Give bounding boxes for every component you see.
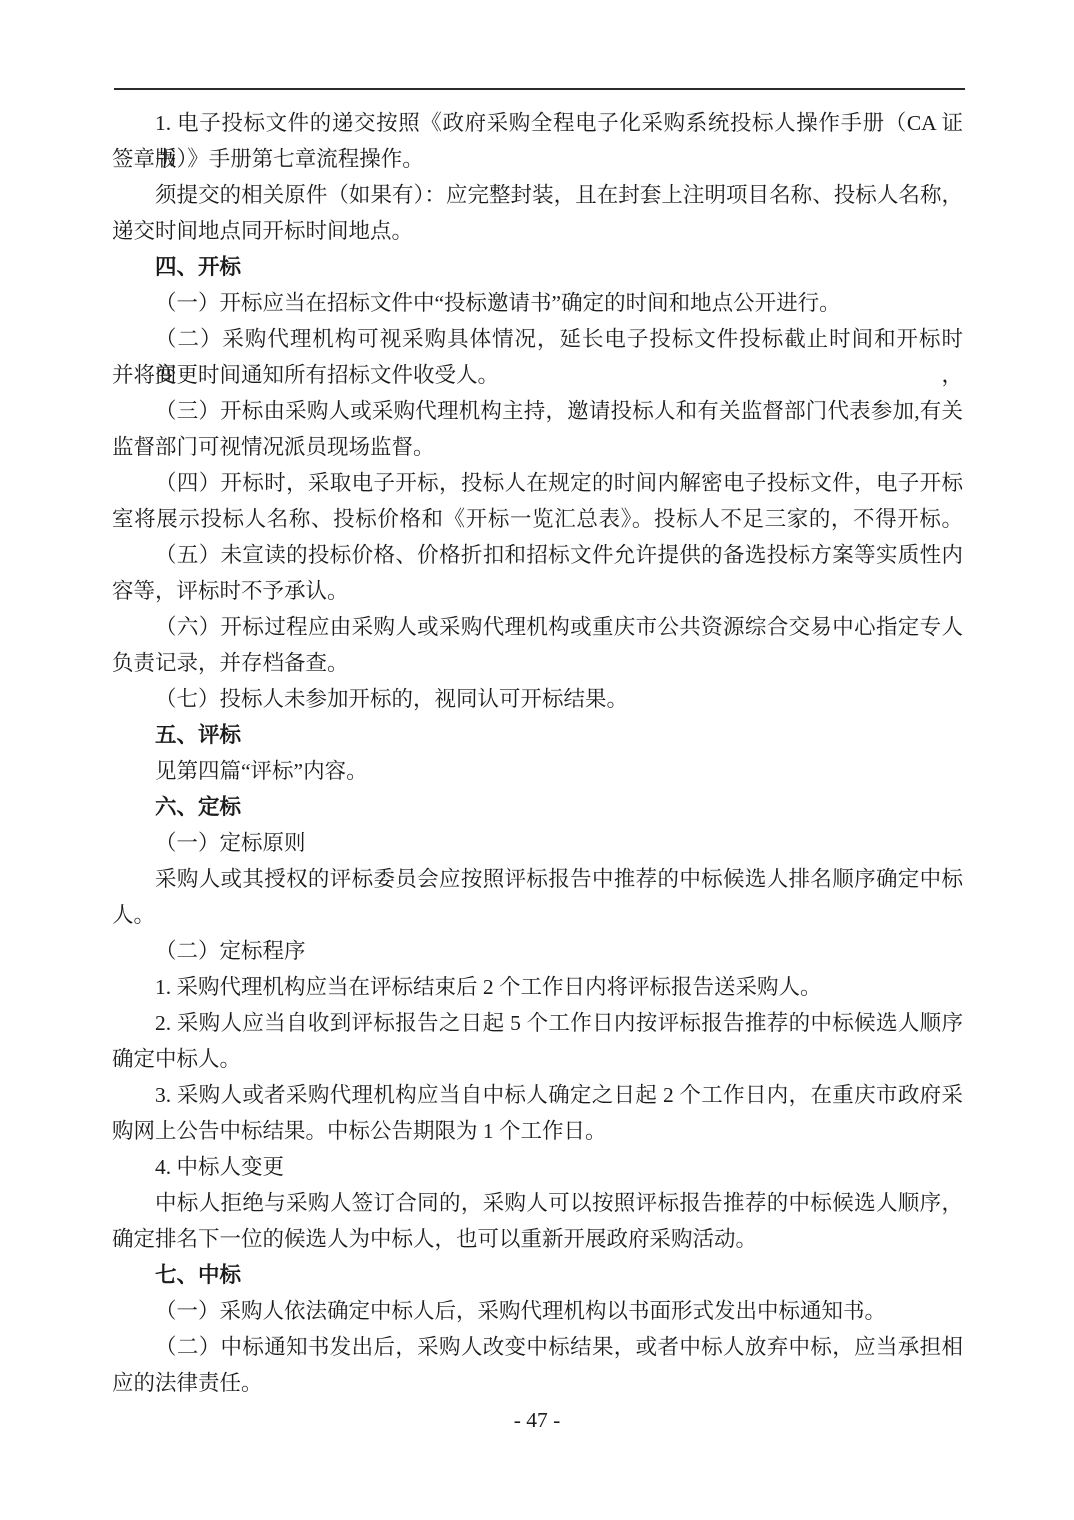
text-line: 购网上公告中标结果。中标公告期限为 1 个工作日。 [112, 1113, 963, 1149]
text-line: 负责记录，并存档备查。 [112, 645, 963, 681]
text-line: （七）投标人未参加开标的，视同认可开标结果。 [112, 681, 963, 717]
text-line: 确定排名下一位的候选人为中标人，也可以重新开展政府采购活动。 [112, 1221, 963, 1257]
text-line: （六）开标过程应由采购人或采购代理机构或重庆市公共资源综合交易中心指定专人 [112, 609, 963, 645]
document-body: 1. 电子投标文件的递交按照《政府采购全程电子化采购系统投标人操作手册（CA 证… [112, 105, 963, 1401]
text-line: （二）中标通知书发出后，采购人改变中标结果，或者中标人放弃中标，应当承担相 [112, 1329, 963, 1365]
section-heading: 四、开标 [112, 249, 963, 285]
text-line: 中标人拒绝与采购人签订合同的，采购人可以按照评标报告推荐的中标候选人顺序， [112, 1185, 963, 1221]
text-line: （二）定标程序 [112, 933, 963, 969]
text-line: （四）开标时，采取电子开标，投标人在规定的时间内解密电子投标文件，电子开标 [112, 465, 963, 501]
text-line: 须提交的相关原件（如果有）：应完整封装，且在封套上注明项目名称、投标人名称， [112, 177, 963, 213]
text-line: 4. 中标人变更 [112, 1149, 963, 1185]
text-line: （二）采购代理机构可视采购具体情况，延长电子投标文件投标截止时间和开标时间， [112, 321, 963, 357]
text-line: （一）采购人依法确定中标人后，采购代理机构以书面形式发出中标通知书。 [112, 1293, 963, 1329]
text-line: （三）开标由采购人或采购代理机构主持，邀请投标人和有关监督部门代表参加,有关 [112, 393, 963, 429]
text-line: 采购人或其授权的评标委员会应按照评标报告中推荐的中标候选人排名顺序确定中标 [112, 861, 963, 897]
text-line: 监督部门可视情况派员现场监督。 [112, 429, 963, 465]
text-line: 1. 电子投标文件的递交按照《政府采购全程电子化采购系统投标人操作手册（CA 证… [112, 105, 963, 141]
section-heading: 五、评标 [112, 717, 963, 753]
text-line: 应的法律责任。 [112, 1365, 963, 1401]
page-footer: - 47 - [0, 1402, 1074, 1438]
text-line: （一）定标原则 [112, 825, 963, 861]
text-line: 容等，评标时不予承认。 [112, 573, 963, 609]
document-page: 1. 电子投标文件的递交按照《政府采购全程电子化采购系统投标人操作手册（CA 证… [0, 0, 1074, 1520]
text-line: 人。 [112, 897, 963, 933]
text-line: （五）未宣读的投标价格、价格折扣和招标文件允许提供的备选投标方案等实质性内 [112, 537, 963, 573]
page-number: - 47 - [514, 1408, 561, 1432]
text-line: 见第四篇“评标”内容。 [112, 753, 963, 789]
text-line: 递交时间地点同开标时间地点。 [112, 213, 963, 249]
text-line: 签章版）》手册第七章流程操作。 [112, 141, 963, 177]
text-line: 室将展示投标人名称、投标价格和《开标一览汇总表》。投标人不足三家的，不得开标。 [112, 501, 963, 537]
section-heading: 七、中标 [112, 1257, 963, 1293]
header-rule [114, 88, 965, 90]
text-line: 1. 采购代理机构应当在评标结束后 2 个工作日内将评标报告送采购人。 [112, 969, 963, 1005]
section-heading: 六、定标 [112, 789, 963, 825]
text-line: 3. 采购人或者采购代理机构应当自中标人确定之日起 2 个工作日内，在重庆市政府… [112, 1077, 963, 1113]
text-line: 确定中标人。 [112, 1041, 963, 1077]
text-line: 2. 采购人应当自收到评标报告之日起 5 个工作日内按评标报告推荐的中标候选人顺… [112, 1005, 963, 1041]
text-line: （一）开标应当在招标文件中“投标邀请书”确定的时间和地点公开进行。 [112, 285, 963, 321]
